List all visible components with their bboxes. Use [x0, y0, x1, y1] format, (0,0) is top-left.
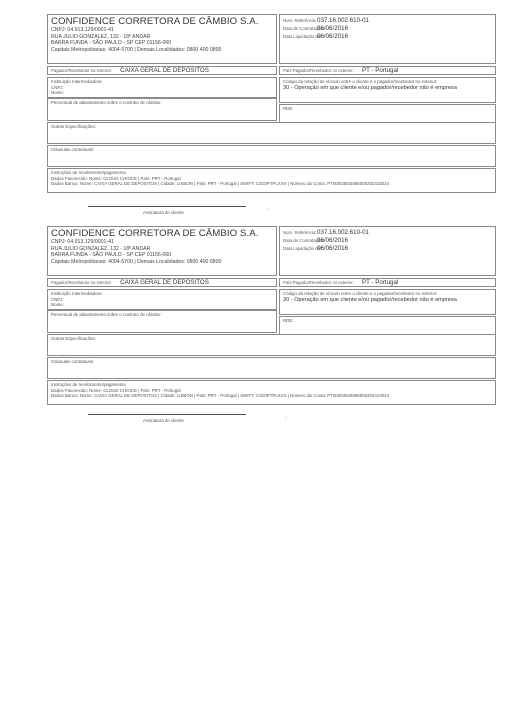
reference-box: Num. Referência:037.16.002.610-01 Data d… — [279, 14, 496, 64]
company-header-box: CONFIDENCE CORRETORA DE CÂMBIO S.A. CNPJ… — [47, 226, 277, 276]
intermediary-box: Instituição Intermediadora CNPJ: Nome: — [47, 289, 277, 310]
company-name: CONFIDENCE CORRETORA DE CÂMBIO S.A. — [51, 17, 273, 27]
payment-instructions-box: Instruções de recebimento/pagamento Dado… — [47, 380, 496, 405]
rde-box: RDE: — [279, 316, 496, 336]
payer-box: Pagador/Recebedor no exterior: CAIXA GER… — [47, 66, 277, 75]
company-header-box: CONFIDENCE CORRETORA DE CÂMBIO S.A. CNPJ… — [47, 14, 277, 64]
settlement-date-value: 06/06/2016 — [317, 245, 348, 252]
signature-line — [88, 206, 246, 207]
other-specifications-box: Outras Especificações: — [47, 122, 496, 144]
contract-date-label: Data de Contratação: — [283, 238, 317, 243]
payer-country-value: PT - Portugal — [362, 67, 398, 74]
bank-details: Dados Banco: Nome: CAIXA GERAL DE DEPOSI… — [51, 181, 492, 187]
other-specifications-box: Outras Especificações: — [47, 334, 496, 356]
payer-label: Pagador/Recebedor no exterior: — [51, 68, 112, 73]
payer-country-box: País Pagador/Recebedor no exterior: PT -… — [279, 66, 496, 75]
reference-number-value: 037.16.002.610-01 — [317, 17, 369, 24]
intermediary-name-label: Nome: — [51, 90, 273, 96]
payer-value: CAIXA GERAL DE DEPOSITOS — [120, 67, 209, 74]
relationship-box: Código da relação de vínculo entre o cli… — [279, 289, 496, 315]
rde-label: RDE: — [283, 106, 492, 112]
bank-details: Dados Banco: Nome: CAIXA GERAL DE DEPOSI… — [51, 393, 492, 399]
contract-clauses-label: Cláusulas contratuais: — [51, 359, 492, 365]
contract-clauses-label: Cláusulas contratuais: — [51, 147, 492, 153]
payer-box: Pagador/Recebedor no exterior: CAIXA GER… — [47, 278, 277, 287]
other-specifications-label: Outras Especificações: — [51, 336, 492, 342]
payer-value: CAIXA GERAL DE DEPOSITOS — [120, 279, 209, 286]
contract-date-label: Data de Contratação: — [283, 26, 317, 31]
contract-date-value: 06/06/2016 — [317, 25, 348, 32]
reference-number-value: 037.16.002.610-01 — [317, 229, 369, 236]
reference-number-label: Num. Referência: — [283, 230, 317, 235]
company-phones: Capitais Metropolitanas: 4004-5700 | Dem… — [51, 259, 273, 266]
payer-country-label: País Pagador/Recebedor no exterior: — [283, 68, 354, 73]
rde-box: RDE: — [279, 104, 496, 124]
company-cnpj: CNPJ: 04.913.129/0001-41 — [51, 239, 273, 246]
company-phones: Capitais Metropolitanas: 4004-5700 | Dem… — [51, 47, 273, 54]
company-address-line2: BARRA FUNDA - SÃO PAULO - SP CEP 01156-0… — [51, 252, 273, 259]
scan-smudge: / · — [285, 416, 289, 422]
contract-date-value: 06/06/2016 — [317, 237, 348, 244]
intermediary-name-label: Nome: — [51, 302, 273, 308]
rde-label: RDE: — [283, 318, 492, 324]
signature-label: Assinatura do cliente — [143, 210, 184, 215]
advance-percentage-label: Percentual de adiantamento sobre o contr… — [51, 100, 273, 106]
company-name: CONFIDENCE CORRETORA DE CÂMBIO S.A. — [51, 229, 273, 239]
settlement-date-label: Data Liquidação Até: — [283, 34, 317, 39]
intermediary-box: Instituição Intermediadora CNPJ: Nome: — [47, 77, 277, 98]
relationship-box: Código da relação de vínculo entre o cli… — [279, 77, 496, 103]
contract-clauses-box: Cláusulas contratuais: — [47, 145, 496, 167]
signature-line — [88, 414, 246, 415]
signature-label: Assinatura do cliente — [143, 418, 184, 423]
settlement-date-label: Data Liquidação Até: — [283, 246, 317, 251]
relationship-value: 30 - Operação em que cliente e/ou pagado… — [283, 297, 492, 303]
contract-clauses-box: Cláusulas contratuais: — [47, 357, 496, 379]
advance-percentage-box: Percentual de adiantamento sobre o contr… — [47, 98, 277, 121]
other-specifications-label: Outras Especificações: — [51, 124, 492, 130]
scan-smudge: ~~ — [265, 207, 271, 213]
company-cnpj: CNPJ: 04.913.129/0001-41 — [51, 27, 273, 34]
advance-percentage-label: Percentual de adiantamento sobre o contr… — [51, 312, 273, 318]
payer-country-value: PT - Portugal — [362, 279, 398, 286]
payment-instructions-box: Instruções de recebimento/pagamento Dado… — [47, 168, 496, 193]
relationship-value: 30 - Operação em que cliente e/ou pagado… — [283, 85, 492, 91]
company-address-line2: BARRA FUNDA - SÃO PAULO - SP CEP 01156-0… — [51, 40, 273, 47]
payer-country-label: País Pagador/Recebedor no exterior: — [283, 280, 354, 285]
settlement-date-value: 06/06/2016 — [317, 33, 348, 40]
advance-percentage-box: Percentual de adiantamento sobre o contr… — [47, 310, 277, 333]
reference-number-label: Num. Referência: — [283, 18, 317, 23]
reference-box: Num. Referência:037.16.002.610-01 Data d… — [279, 226, 496, 276]
payer-country-box: País Pagador/Recebedor no exterior: PT -… — [279, 278, 496, 287]
payer-label: Pagador/Recebedor no exterior: — [51, 280, 112, 285]
